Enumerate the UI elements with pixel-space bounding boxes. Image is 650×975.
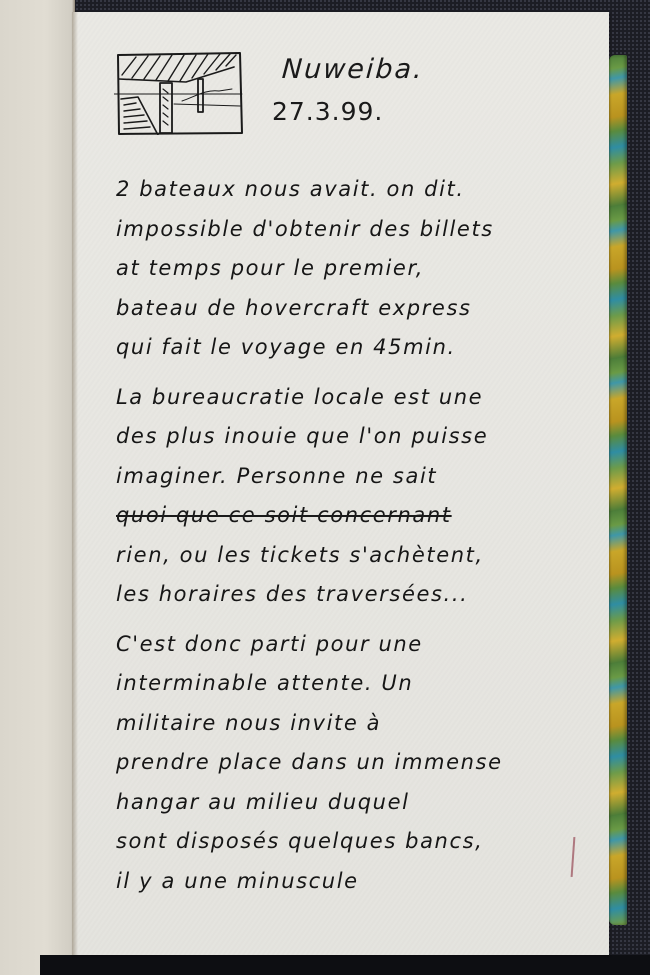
text-line: impossible d'obtenir des billets xyxy=(116,210,606,250)
text-line: interminable attente. Un xyxy=(116,664,606,704)
text-line: 2 bateaux nous avait. on dit. xyxy=(116,170,606,210)
hatched-shelter-drawing-icon xyxy=(114,49,246,135)
text-line: des plus inouie que l'on puisse xyxy=(116,417,606,457)
text-line: qui fait le voyage en 45min. xyxy=(116,328,606,368)
text-line: hangar au milieu duquel xyxy=(116,783,606,823)
marbled-page-edge xyxy=(609,55,627,925)
text-line: militaire nous invite à xyxy=(116,704,606,744)
background-shadow xyxy=(40,955,650,975)
text-line: les horaires des traversées... xyxy=(116,575,606,615)
entry-location: Nuweiba. xyxy=(281,54,425,85)
text-line: C'est donc parti pour une xyxy=(116,625,606,665)
text-line: imaginer. Personne ne sait xyxy=(116,457,606,497)
text-line: La bureaucratie locale est une xyxy=(116,378,606,418)
left-facing-page xyxy=(0,0,75,975)
journal-entry-text: 2 bateaux nous avait. on dit. impossible… xyxy=(116,170,606,901)
text-line: at temps pour le premier, xyxy=(116,249,606,289)
text-line: bateau de hovercraft express xyxy=(116,289,606,329)
journal-page: Nuweiba. 27.3.99. 2 bateaux nous avait. … xyxy=(72,12,609,955)
struck-through-line: quoi que ce soit concernant xyxy=(116,496,606,536)
text-line: rien, ou les tickets s'achètent, xyxy=(116,536,606,576)
entry-date: 27.3.99. xyxy=(272,97,383,126)
text-line: sont disposés quelques bancs, xyxy=(116,822,606,862)
text-line: prendre place dans un immense xyxy=(116,743,606,783)
text-line: il y a une minuscule xyxy=(116,862,606,902)
